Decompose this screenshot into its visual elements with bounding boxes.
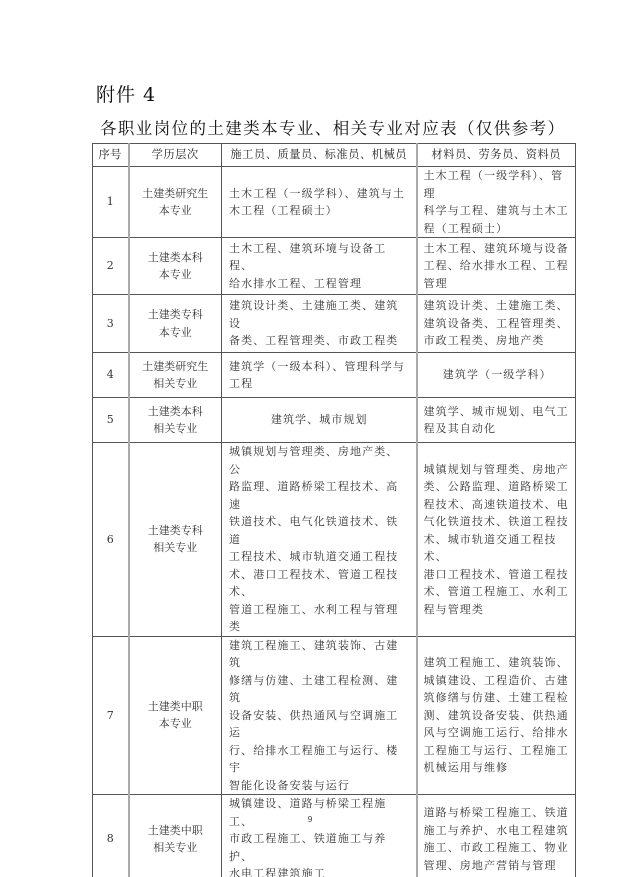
material-roles-majors-line: 类、公路监理、道路桥梁工 <box>424 478 572 496</box>
construction-roles-majors: 土木工程（一级学科）、建筑与土木工程（工程硕士） <box>222 167 417 238</box>
education-level-line: 土建类本科 <box>130 403 222 421</box>
material-roles-majors: 建筑工程施工、建筑装饰、城镇建设、工程造价、古建筑修缮与仿建、土建工程检测、建筑… <box>417 636 576 795</box>
material-roles-majors-line: 科学与工程、建筑与土木工 <box>424 202 572 220</box>
row-number: 8 <box>93 795 129 877</box>
material-roles-majors-line: 术、管道工程施工、水利工 <box>424 583 572 601</box>
construction-roles-majors-line: 路监理、道路桥梁工程技术、高速 <box>229 478 410 513</box>
material-roles-majors-line: 施工、市政工程施工、物业 <box>424 839 572 857</box>
row-number: 5 <box>93 398 129 443</box>
row-number: 6 <box>93 443 129 637</box>
construction-roles-majors: 土木工程、建筑环境与设备工程、给水排水工程、工程管理 <box>222 238 417 295</box>
construction-roles-majors-line: 建筑设计类、土建施工类、建筑设 <box>229 297 410 332</box>
construction-roles-majors-line: 建筑学、城市规划 <box>229 411 410 429</box>
construction-roles-majors-line: 建筑工程施工、建筑装饰、古建筑 <box>229 637 410 672</box>
material-roles-majors-line: 建筑工程施工、建筑装饰、 <box>424 654 572 672</box>
material-roles-majors-line: 程（工程硕士） <box>424 220 572 238</box>
education-level: 土建类本科本专业 <box>129 238 222 295</box>
material-roles-majors-line: 市政工程类、房地产类 <box>424 332 572 350</box>
construction-roles-majors-line: 术、港口工程技术、管道工程技术、 <box>229 566 410 601</box>
construction-roles-majors-line: 木工程（工程硕士） <box>229 202 410 220</box>
material-roles-majors: 道路与桥梁工程施工、铁道施工与养护、水电工程建筑施工、市政工程施工、物业管理、房… <box>417 795 576 877</box>
construction-roles-majors-line: 工程技术、城市轨道交通工程技 <box>229 548 410 566</box>
construction-roles-majors-line: 行、给排水工程施工与运行、楼宇 <box>229 742 410 777</box>
table-row: 2土建类本科本专业土木工程、建筑环境与设备工程、给水排水工程、工程管理土木工程、… <box>93 238 576 295</box>
construction-roles-majors-line: 智能化设备安装与运行 <box>229 777 410 795</box>
material-roles-majors-line: 施工与养护、水电工程建筑 <box>424 822 572 840</box>
education-level-line: 土建类中职 <box>130 822 222 840</box>
construction-roles-majors: 建筑设计类、土建施工类、建筑设备类、工程管理类、市政工程类 <box>222 295 417 353</box>
education-level-line: 土建类中职 <box>130 698 222 716</box>
construction-roles-majors: 建筑工程施工、建筑装饰、古建筑修缮与仿建、土建工程检测、建筑设备安装、供热通风与… <box>222 636 417 795</box>
row-number: 1 <box>93 167 129 238</box>
material-roles-majors-line: 测、建筑设备安装、供热通 <box>424 707 572 725</box>
attachment-label: 附件 4 <box>96 80 156 107</box>
material-roles-majors-line: 建筑设计类、土建施工类、 <box>424 297 572 315</box>
material-roles-majors-line: 建筑学、城市规划、电气工 <box>424 403 572 421</box>
document-title: 各职业岗位的土建类本专业、相关专业对应表（仅供参考） <box>100 115 565 139</box>
construction-roles-majors-line: 建筑学（一级本科）、管理科学与 <box>229 358 410 376</box>
construction-roles-majors-line: 工程 <box>229 375 410 393</box>
header-education-level: 学历层次 <box>129 144 222 167</box>
education-level: 土建类中职本专业 <box>129 636 222 795</box>
construction-roles-majors-line: 水电工程建筑施工 <box>229 865 410 877</box>
construction-roles-majors: 城镇规划与管理类、房地产类、公路监理、道路桥梁工程技术、高速铁道技术、电气化铁道… <box>222 443 417 637</box>
material-roles-majors-line: 筑修缮与仿建、土建工程检 <box>424 689 572 707</box>
page-number: 9 <box>0 815 620 824</box>
material-roles-majors-line: 土木工程、建筑环境与设备 <box>424 240 572 258</box>
table-row: 6土建类专科相关专业城镇规划与管理类、房地产类、公路监理、道路桥梁工程技术、高速… <box>93 443 576 637</box>
construction-roles-majors-line: 备类、工程管理类、市政工程类 <box>229 332 410 350</box>
material-roles-majors-line: 气化铁道技术、铁道工程技 <box>424 513 572 531</box>
material-roles-majors-line: 工程、给水排水工程、工程 <box>424 257 572 275</box>
construction-roles-majors-line: 土木工程、建筑环境与设备工程、 <box>229 240 410 275</box>
material-roles-majors: 建筑学、城市规划、电气工程及其自动化 <box>417 398 576 443</box>
education-level-line: 本专业 <box>130 324 222 342</box>
construction-roles-majors-line: 设备安装、供热通风与空调施工运 <box>229 707 410 742</box>
education-level: 土建类专科相关专业 <box>129 443 222 637</box>
material-roles-majors-line: 管理、房地产营销与管理 <box>424 857 572 875</box>
row-number: 3 <box>93 295 129 353</box>
material-roles-majors-line: 管理 <box>424 275 572 293</box>
header-construction-roles: 施工员、质量员、标准员、机械员 <box>222 144 417 167</box>
construction-roles-majors: 城镇建设、道路与桥梁工程施工、市政工程施工、铁道施工与养护、水电工程建筑施工 <box>222 795 417 877</box>
row-number: 2 <box>93 238 129 295</box>
education-level: 土建类研究生相关专业 <box>129 353 222 398</box>
material-roles-majors: 土木工程（一级学科）、管理科学与工程、建筑与土木工程（工程硕士） <box>417 167 576 238</box>
education-level-line: 土建类研究生 <box>130 185 222 203</box>
table-row: 5土建类本科相关专业建筑学、城市规划建筑学、城市规划、电气工程及其自动化 <box>93 398 576 443</box>
material-roles-majors-line: 程技术、高速铁道技术、电 <box>424 496 572 514</box>
table-row: 4土建类研究生相关专业建筑学（一级本科）、管理科学与工程建筑学（一级学科） <box>93 353 576 398</box>
row-number: 4 <box>93 353 129 398</box>
education-level-line: 相关专业 <box>130 839 222 857</box>
specialty-mapping-table: 序号 学历层次 施工员、质量员、标准员、机械员 材料员、劳务员、资料员 1土建类… <box>92 143 576 877</box>
table-row: 8土建类中职相关专业城镇建设、道路与桥梁工程施工、市政工程施工、铁道施工与养护、… <box>93 795 576 877</box>
material-roles-majors-line: 风与空调施工运行、给排水 <box>424 724 572 742</box>
education-level: 土建类中职相关专业 <box>129 795 222 877</box>
material-roles-majors-line: 建筑学（一级学科） <box>424 366 572 384</box>
education-level-line: 本专业 <box>130 202 222 220</box>
table-row: 3土建类专科本专业建筑设计类、土建施工类、建筑设备类、工程管理类、市政工程类建筑… <box>93 295 576 353</box>
construction-roles-majors-line: 铁道技术、电气化铁道技术、铁道 <box>229 513 410 548</box>
education-level: 土建类研究生本专业 <box>129 167 222 238</box>
table-row: 1土建类研究生本专业土木工程（一级学科）、建筑与土木工程（工程硕士）土木工程（一… <box>93 167 576 238</box>
education-level-line: 本专业 <box>130 715 222 733</box>
header-no: 序号 <box>93 144 129 167</box>
material-roles-majors-line: 港口工程技术、管道工程技 <box>424 566 572 584</box>
construction-roles-majors-line: 城镇建设、道路与桥梁工程施工、 <box>229 795 410 830</box>
material-roles-majors-line: 建筑设备类、工程管理类、 <box>424 315 572 333</box>
material-roles-majors: 城镇规划与管理类、房地产类、公路监理、道路桥梁工程技术、高速铁道技术、电气化铁道… <box>417 443 576 637</box>
education-level-line: 相关专业 <box>130 420 222 438</box>
material-roles-majors-line: 程与管理类 <box>424 601 572 619</box>
education-level-line: 土建类专科 <box>130 306 222 324</box>
construction-roles-majors: 建筑学、城市规划 <box>222 398 417 443</box>
education-level-line: 土建类研究生 <box>130 358 222 376</box>
material-roles-majors-line: 程及其自动化 <box>424 420 572 438</box>
material-roles-majors-line: 术、城市轨道交通工程技术、 <box>424 531 572 566</box>
material-roles-majors: 建筑学（一级学科） <box>417 353 576 398</box>
material-roles-majors-line: 城镇规划与管理类、房地产 <box>424 461 572 479</box>
row-number: 7 <box>93 636 129 795</box>
construction-roles-majors-line: 城镇规划与管理类、房地产类、公 <box>229 443 410 478</box>
material-roles-majors: 土木工程、建筑环境与设备工程、给水排水工程、工程管理 <box>417 238 576 295</box>
construction-roles-majors: 建筑学（一级本科）、管理科学与工程 <box>222 353 417 398</box>
material-roles-majors-line: 机械运用与维修 <box>424 759 572 777</box>
material-roles-majors-line: 土木工程（一级学科）、管理 <box>424 167 572 202</box>
construction-roles-majors-line: 给水排水工程、工程管理 <box>229 275 410 293</box>
material-roles-majors-line: 城镇建设、工程造价、古建 <box>424 672 572 690</box>
header-material-roles: 材料员、劳务员、资料员 <box>417 144 576 167</box>
material-roles-majors-line: 工程施工与运行、工程施工 <box>424 742 572 760</box>
education-level-line: 土建类专科 <box>130 522 222 540</box>
education-level: 土建类专科本专业 <box>129 295 222 353</box>
construction-roles-majors-line: 管道工程施工、水利工程与管理类 <box>229 601 410 636</box>
education-level-line: 土建类本科 <box>130 249 222 267</box>
education-level-line: 相关专业 <box>130 539 222 557</box>
education-level: 土建类本科相关专业 <box>129 398 222 443</box>
table-header-row: 序号 学历层次 施工员、质量员、标准员、机械员 材料员、劳务员、资料员 <box>93 144 576 167</box>
education-level-line: 相关专业 <box>130 375 222 393</box>
table-row: 7土建类中职本专业建筑工程施工、建筑装饰、古建筑修缮与仿建、土建工程检测、建筑设… <box>93 636 576 795</box>
construction-roles-majors-line: 修缮与仿建、土建工程检测、建筑 <box>229 672 410 707</box>
education-level-line: 本专业 <box>130 266 222 284</box>
material-roles-majors: 建筑设计类、土建施工类、建筑设备类、工程管理类、市政工程类、房地产类 <box>417 295 576 353</box>
construction-roles-majors-line: 市政工程施工、铁道施工与养护、 <box>229 830 410 865</box>
construction-roles-majors-line: 土木工程（一级学科）、建筑与土 <box>229 185 410 203</box>
